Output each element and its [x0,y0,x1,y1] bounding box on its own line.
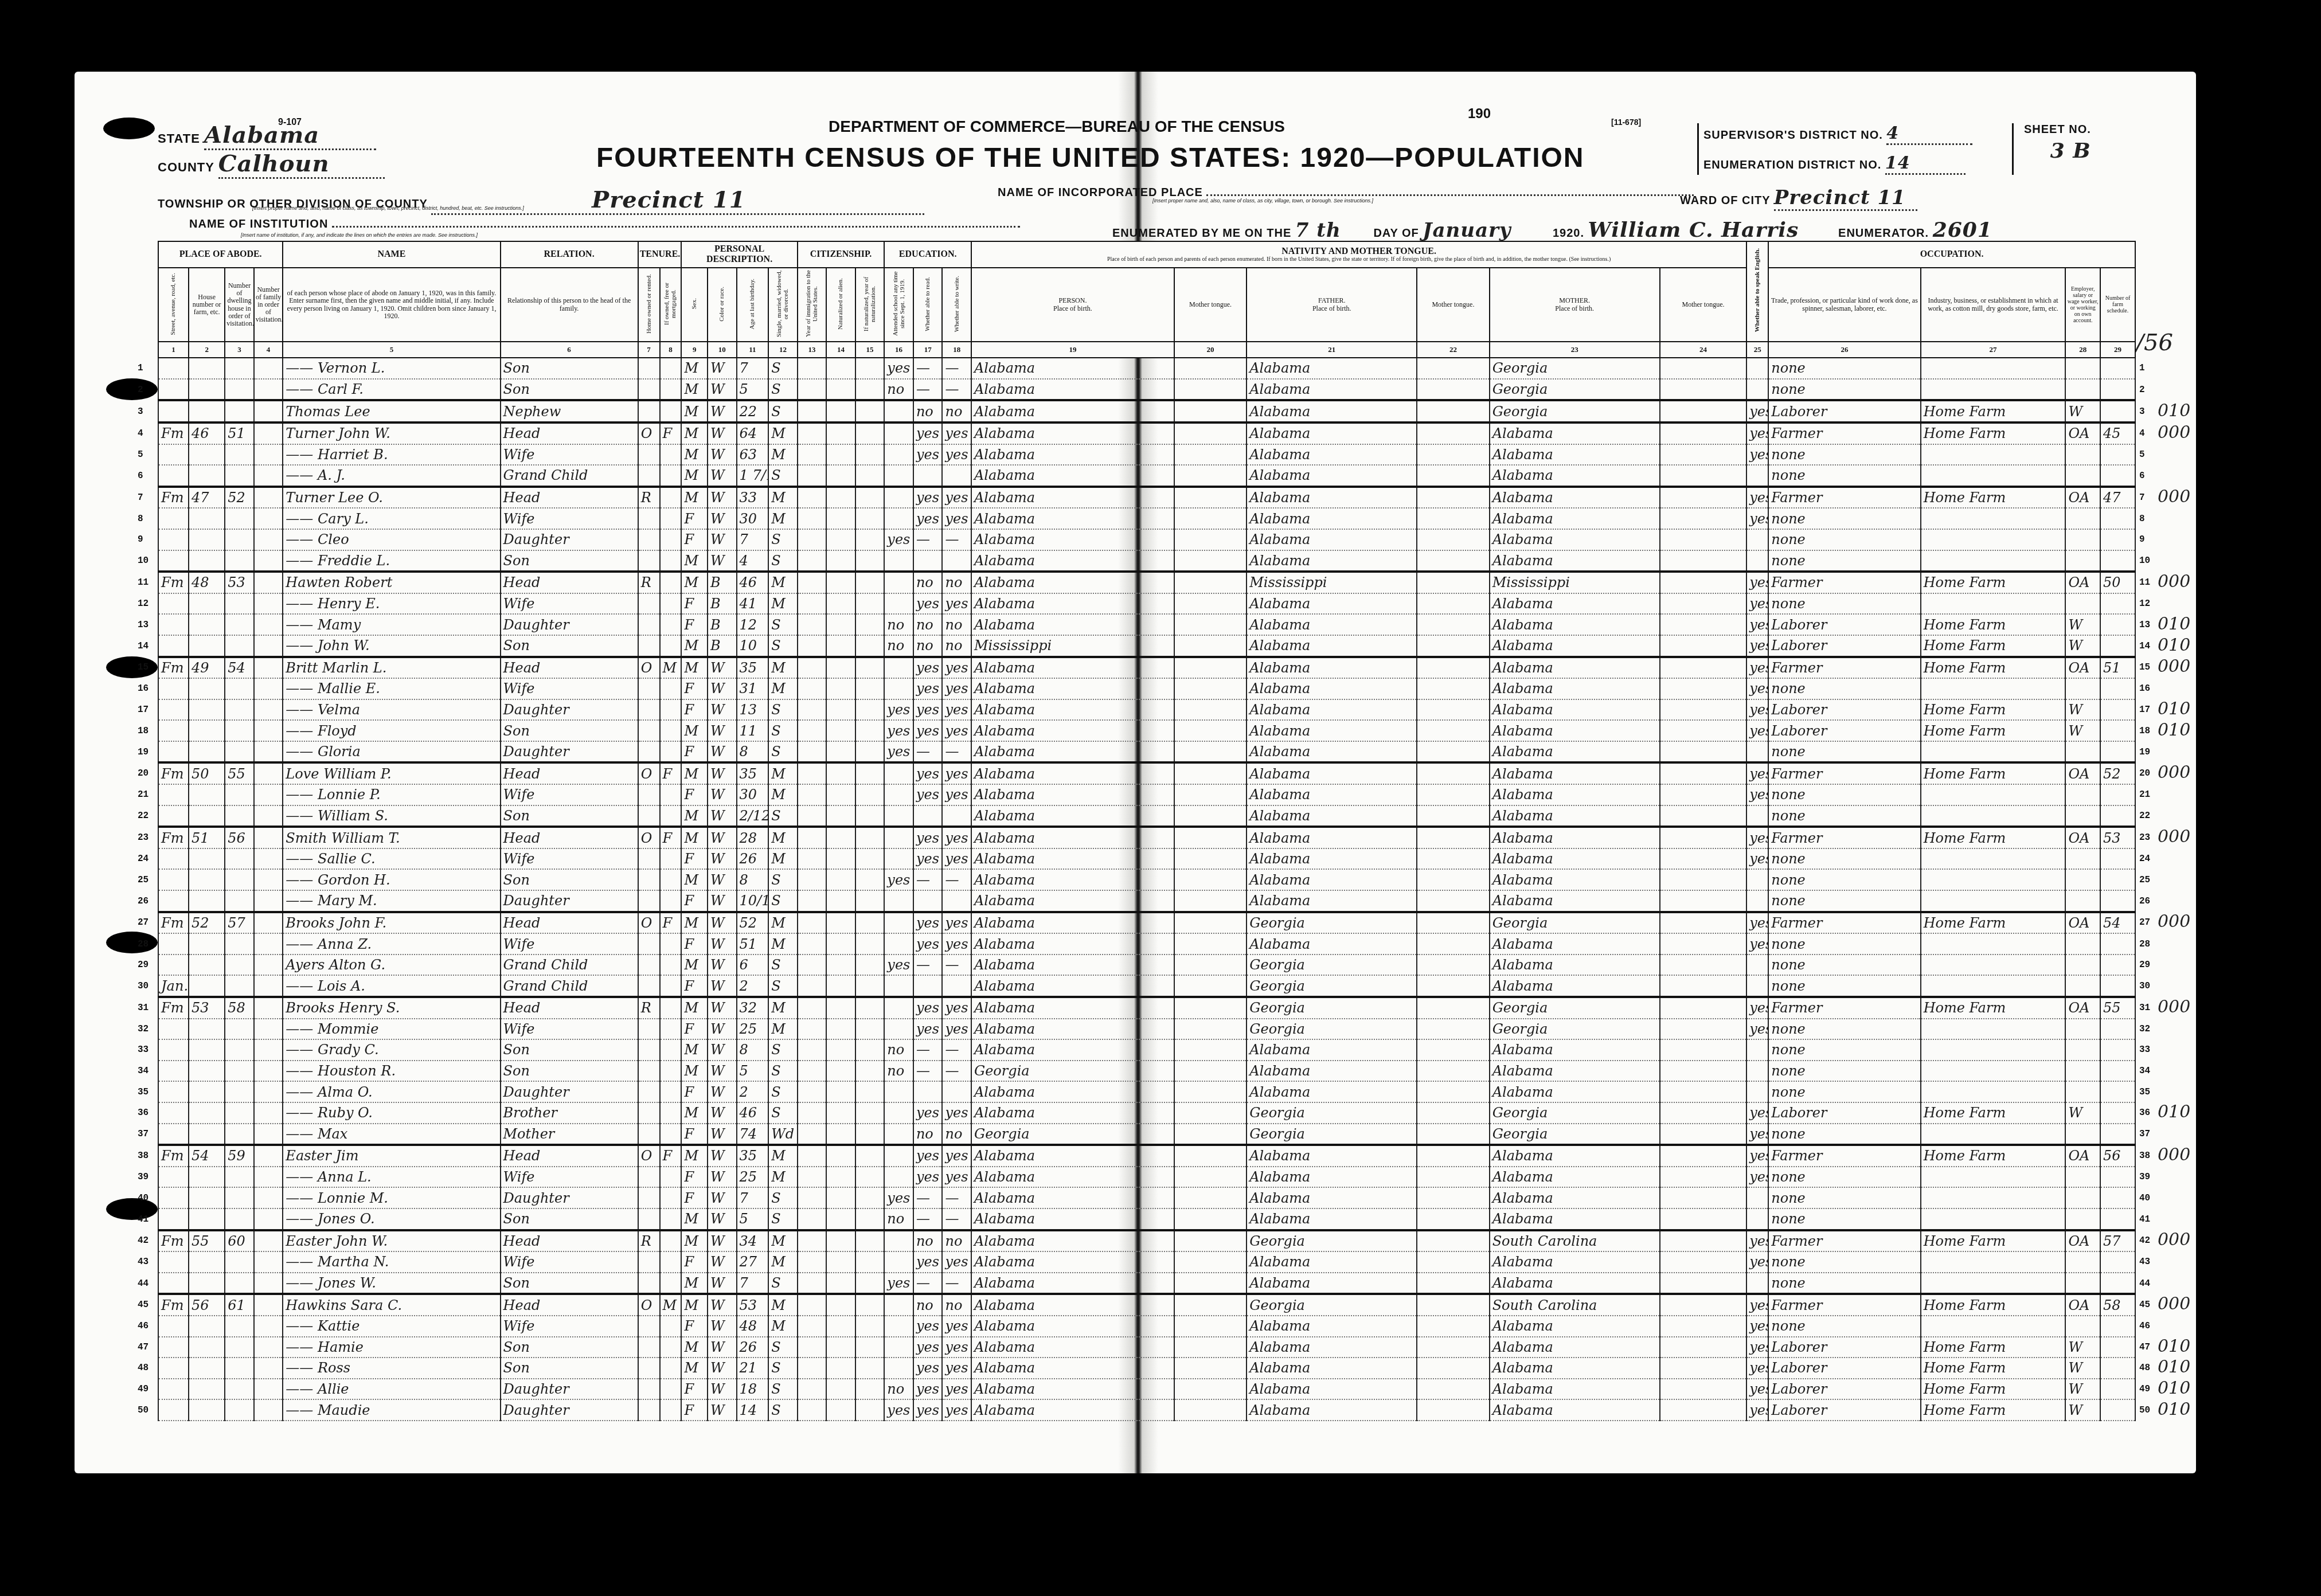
cell-street [158,1337,189,1358]
cell-imm [798,784,827,805]
cell-nat [826,635,855,657]
line-number-left: 40 [138,1193,149,1203]
cell-imm [798,678,827,699]
cell-name: —— Carl F. [283,379,500,401]
cell-house [189,358,225,379]
cell-dwelling [225,593,254,615]
cell-relation: Grand Child [501,955,638,976]
cell-mother-tongue [1660,848,1747,870]
cell-birth-tongue [1174,1187,1247,1208]
cell-write: yes [942,444,971,465]
cell-father-birth: Alabama [1247,699,1417,721]
cell-school: yes [884,358,913,379]
cell-name: Brooks Henry S. [283,997,500,1019]
district-box: SUPERVISOR'S DISTRICT NO. 4 ENUMERATION … [1697,123,2014,175]
cell-class [2065,465,2100,487]
punch-hole [106,1198,158,1220]
cell-read [913,975,943,997]
cell-mort [660,358,682,379]
cell-industry [1921,358,2066,379]
cell-mother-tongue [1660,869,1747,890]
ward-value: Precinct 11 [1774,186,1917,211]
supervisor-label: SUPERVISOR'S DISTRICT NO. [1703,129,1883,142]
cell-relation: Nephew [501,400,638,423]
cell-birth-tongue [1174,423,1247,444]
cell-own [638,784,660,805]
cell-age: 7 [737,529,769,550]
cell-farm [2100,444,2135,465]
cell-nat [826,487,855,508]
cell-marital: M [768,657,798,679]
cell-name: —— Lonnie P. [283,784,500,805]
cell-age: 5 [737,379,769,401]
line-number-right: 27 [2139,917,2150,928]
occupation-code: 010 [2158,1399,2190,1419]
cell-relation: Son [501,1039,638,1061]
cell-school: yes [884,1273,913,1294]
cell-father-tongue [1417,1145,1489,1167]
cell-family [254,1145,283,1167]
cell-birth: Alabama [971,933,1174,955]
cell-mother-tongue [1660,1167,1747,1188]
cell-nat [826,827,855,848]
table-row: —— Ruby O.BrotherMW46SyesyesAlabamaGeorg… [158,1102,2135,1124]
state-label: STATE [158,131,200,146]
cell-industry [1921,1187,2066,1208]
cell-race: W [708,762,737,784]
cell-mort [660,1187,682,1208]
cell-class [2065,955,2100,976]
cell-marital: M [768,423,798,444]
cell-trade: none [1768,805,1920,827]
cell-birth-tongue [1174,400,1247,423]
line-number-right: 45 [2139,1300,2150,1310]
cell-marital: S [768,550,798,572]
cell-street: Fm [158,572,189,593]
cell-father-birth: Alabama [1247,529,1417,550]
cell-race: W [708,720,737,741]
cell-read: yes [913,720,943,741]
line-number-left: 49 [138,1384,149,1394]
cell-natyear [855,1379,885,1400]
cell-dwelling [225,400,254,423]
cell-read: yes [913,593,943,615]
cell-sex: F [681,741,708,763]
cell-relation: Daughter [501,529,638,550]
cell-farm: 47 [2100,487,2135,508]
cell-trade: none [1768,890,1920,912]
group-occupation: OCCUPATION. [1768,241,2135,268]
cell-imm [798,805,827,827]
cell-imm [798,379,827,401]
cell-house [189,635,225,657]
cell-father-tongue [1417,529,1489,550]
cell-read: yes [913,1019,943,1040]
cell-natyear [855,444,885,465]
cell-sex: F [681,784,708,805]
cell-school [884,784,913,805]
cell-natyear [855,869,885,890]
cell-relation: Son [501,1358,638,1379]
cell-school [884,848,913,870]
cell-dwelling [225,720,254,741]
line-number-left: 50 [138,1405,149,1415]
table-row: —— Vernon L.SonMW7Syes——AlabamaAlabamaGe… [158,358,2135,379]
cell-birth-tongue [1174,1208,1247,1230]
cell-school: no [884,635,913,657]
line-number-left: 15 [138,662,149,672]
cell-street [158,1358,189,1379]
cell-nat [826,657,855,679]
table-row: Fm5156Smith William T.HeadOFMW28MyesyesA… [158,827,2135,848]
line-number-right: 50 [2139,1405,2150,1415]
cell-trade: none [1768,1167,1920,1188]
cell-name: —— Gordon H. [283,869,500,890]
cell-mort [660,997,682,1019]
cell-nat [826,1167,855,1188]
cell-father-birth: Alabama [1247,635,1417,657]
cell-school [884,933,913,955]
cell-age: 13 [737,699,769,721]
column-number: 1 [158,342,189,358]
cell-family [254,358,283,379]
cell-mort: F [660,1145,682,1167]
cell-nat [826,379,855,401]
cell-english [1746,1208,1768,1230]
cell-farm [2100,635,2135,657]
cell-imm [798,1167,827,1188]
cell-dwelling [225,1337,254,1358]
cell-family [254,975,283,997]
cell-family [254,400,283,423]
cell-industry: Home Farm [1921,997,2066,1019]
table-row: —— Martha N.WifeFW27MyesyesAlabamaAlabam… [158,1251,2135,1273]
cell-marital: S [768,1102,798,1124]
cell-marital: M [768,933,798,955]
cell-name: —— Floyd [283,720,500,741]
cell-birth-tongue [1174,848,1247,870]
cell-industry: Home Farm [1921,614,2066,635]
cell-farm [2100,1124,2135,1145]
occupation-code: 000 [2158,912,2190,932]
cell-birth-tongue [1174,1273,1247,1294]
cell-school [884,890,913,912]
cell-sex: F [681,1019,708,1040]
cell-mother-tongue [1660,805,1747,827]
cell-father-birth: Alabama [1247,1273,1417,1294]
cell-natyear [855,1337,885,1358]
cell-mother-tongue [1660,1019,1747,1040]
cell-trade: Laborer [1768,400,1920,423]
cell-age: 11 [737,720,769,741]
cell-race: W [708,1251,737,1273]
cell-own [638,465,660,487]
cell-class [2065,1273,2100,1294]
cell-industry: Home Farm [1921,1358,2066,1379]
cell-write: yes [942,1316,971,1337]
cell-marital: M [768,912,798,934]
cell-street [158,444,189,465]
cell-dwelling: 54 [225,657,254,679]
cell-sex: M [681,869,708,890]
cell-relation: Head [501,487,638,508]
cell-marital: M [768,1316,798,1337]
cell-write: — [942,741,971,763]
cell-school [884,465,913,487]
cell-natyear [855,933,885,955]
cell-father-birth: Alabama [1247,1187,1417,1208]
cell-street [158,1316,189,1337]
cell-school: no [884,1208,913,1230]
cell-birth-tongue [1174,529,1247,550]
cell-birth: Alabama [971,593,1174,615]
cell-birth: Alabama [971,1273,1174,1294]
cell-relation: Wife [501,933,638,955]
cell-english: yes [1746,1124,1768,1145]
cell-industry: Home Farm [1921,699,2066,721]
cell-birth: Alabama [971,423,1174,444]
cell-sex: F [681,975,708,997]
table-row: —— RossSonMW21SyesyesAlabamaAlabamaAlaba… [158,1358,2135,1379]
cell-birth-tongue [1174,1316,1247,1337]
line-number-right: 4 [2139,428,2145,439]
line-number-right: 18 [2139,726,2150,736]
column-number: 8 [660,342,682,358]
cell-english: yes [1746,1316,1768,1337]
cell-family [254,1358,283,1379]
cell-age: 12 [737,614,769,635]
cell-class [2065,1124,2100,1145]
cell-industry [1921,1251,2066,1273]
cell-trade: none [1768,955,1920,976]
cell-trade: Laborer [1768,1358,1920,1379]
cell-read: — [913,1208,943,1230]
cell-birth-tongue [1174,1379,1247,1400]
cell-birth-tongue [1174,1019,1247,1040]
cell-birth: Alabama [971,762,1174,784]
cell-mother-birth: Alabama [1490,720,1660,741]
cell-mort [660,933,682,955]
line-number-right: 24 [2139,854,2150,864]
cell-mother-tongue [1660,890,1747,912]
cell-read [913,550,943,572]
cell-english [1746,1187,1768,1208]
cell-imm [798,827,827,848]
cell-family [254,1379,283,1400]
column-number: 2 [189,342,225,358]
cell-natyear [855,848,885,870]
line-number-right: 10 [2139,556,2150,566]
cell-relation: Daughter [501,741,638,763]
line-number-left: 28 [138,939,149,949]
occupation-code: 000 [2158,1230,2190,1250]
cell-school: no [884,1061,913,1082]
cell-read: yes [913,657,943,679]
cell-read: yes [913,699,943,721]
cell-nat [826,1019,855,1040]
cell-sex: M [681,1208,708,1230]
cell-own [638,529,660,550]
cell-trade: Laborer [1768,1102,1920,1124]
cell-birth-tongue [1174,1102,1247,1124]
cell-father-birth: Georgia [1247,1230,1417,1252]
cell-farm [2100,805,2135,827]
cell-birth: Alabama [971,912,1174,934]
occupation-code: 010 [2158,720,2190,740]
cell-father-tongue [1417,358,1489,379]
cell-mother-birth: Alabama [1490,933,1660,955]
cell-natyear [855,720,885,741]
cell-imm [798,508,827,529]
year-label: 1920. [1553,227,1584,240]
cell-mort [660,529,682,550]
cell-english: yes [1746,572,1768,593]
cell-mort [660,678,682,699]
cell-father-birth: Georgia [1247,1294,1417,1316]
line-number-right: 34 [2139,1066,2150,1076]
cell-imm [798,1358,827,1379]
cell-nat [826,1124,855,1145]
cell-relation: Son [501,869,638,890]
cell-own [638,890,660,912]
cell-father-tongue [1417,1102,1489,1124]
cell-name: Britt Marlin L. [283,657,500,679]
cell-age: 74 [737,1124,769,1145]
cell-english [1746,358,1768,379]
cell-birth-tongue [1174,890,1247,912]
cell-street [158,379,189,401]
cell-mother-tongue [1660,379,1747,401]
cell-father-tongue [1417,720,1489,741]
cell-english: yes [1746,635,1768,657]
cell-dwelling: 61 [225,1294,254,1316]
cell-write [942,975,971,997]
cell-relation: Mother [501,1124,638,1145]
cell-relation: Son [501,1273,638,1294]
punch-hole [103,118,155,139]
table-row: Fm5257Brooks John F.HeadOFMW52MyesyesAla… [158,912,2135,934]
occupation-code: 000 [2158,827,2190,847]
line-number-left: 34 [138,1066,149,1076]
cell-birth-tongue [1174,1337,1247,1358]
cell-natyear [855,1399,885,1421]
cell-mother-birth: Alabama [1490,827,1660,848]
cell-school [884,1145,913,1167]
line-number-left: 17 [138,705,149,715]
line-number-right: 39 [2139,1172,2150,1182]
cell-class [2065,975,2100,997]
cell-own: R [638,572,660,593]
cell-farm [2100,784,2135,805]
cell-read: — [913,1273,943,1294]
cell-english: yes [1746,593,1768,615]
cell-street [158,869,189,890]
cell-mother-tongue [1660,1273,1747,1294]
cell-school: yes [884,741,913,763]
cell-sex: M [681,465,708,487]
cell-write: — [942,1208,971,1230]
cell-marital: S [768,465,798,487]
cell-street [158,1102,189,1124]
cell-marital: S [768,1081,798,1102]
cell-english: yes [1746,614,1768,635]
cell-house [189,1019,225,1040]
cell-trade: none [1768,529,1920,550]
cell-english [1746,550,1768,572]
cell-trade: Laborer [1768,1379,1920,1400]
cell-father-tongue [1417,741,1489,763]
cell-dwelling [225,635,254,657]
cell-age: 22 [737,400,769,423]
cell-imm [798,1145,827,1167]
cell-industry [1921,465,2066,487]
cell-school: no [884,1039,913,1061]
cell-trade: none [1768,933,1920,955]
group-name: NAME [283,241,500,268]
cell-sex: F [681,614,708,635]
column-number: 29 [2100,342,2135,358]
cell-father-birth: Alabama [1247,1208,1417,1230]
cell-name: —— Houston R. [283,1061,500,1082]
cell-read: — [913,358,943,379]
cell-mother-tongue [1660,720,1747,741]
cell-school [884,1102,913,1124]
cell-industry [1921,1273,2066,1294]
cell-nat [826,1379,855,1400]
cell-imm [798,1081,827,1102]
line-number-right: 17 [2139,705,2150,715]
cell-marital: M [768,827,798,848]
cell-birth-tongue [1174,784,1247,805]
cell-write: yes [942,784,971,805]
cell-mother-tongue [1660,1039,1747,1061]
cell-relation: Son [501,379,638,401]
cell-natyear [855,1208,885,1230]
cell-trade: Farmer [1768,1145,1920,1167]
cell-trade: none [1768,1251,1920,1273]
incorporated-label: NAME OF INCORPORATED PLACE [998,186,1203,199]
column-number: 9 [681,342,708,358]
cell-farm [2100,848,2135,870]
cell-father-tongue [1417,1379,1489,1400]
cell-sex: M [681,1230,708,1252]
cell-imm [798,572,827,593]
line-number-left: 41 [138,1214,149,1225]
cell-sex: F [681,508,708,529]
cell-birth: Alabama [971,1399,1174,1421]
cell-father-birth: Alabama [1247,890,1417,912]
cell-name: Ayers Alton G. [283,955,500,976]
cell-house [189,508,225,529]
occupation-code: 010 [2158,1102,2190,1122]
county-field: COUNTY Calhoun [158,150,385,179]
cell-relation: Wife [501,508,638,529]
cell-father-birth: Alabama [1247,784,1417,805]
cell-write: yes [942,827,971,848]
cell-dwelling [225,1187,254,1208]
cell-father-birth: Alabama [1247,1337,1417,1358]
cell-marital: S [768,529,798,550]
line-number-left: 43 [138,1257,149,1267]
cell-birth: Mississippi [971,635,1174,657]
cell-write: yes [942,720,971,741]
cell-dwelling [225,444,254,465]
cell-father-tongue [1417,400,1489,423]
cell-relation: Daughter [501,1399,638,1421]
cell-mort [660,1102,682,1124]
line-number-right: 26 [2139,896,2150,906]
cell-school [884,1337,913,1358]
